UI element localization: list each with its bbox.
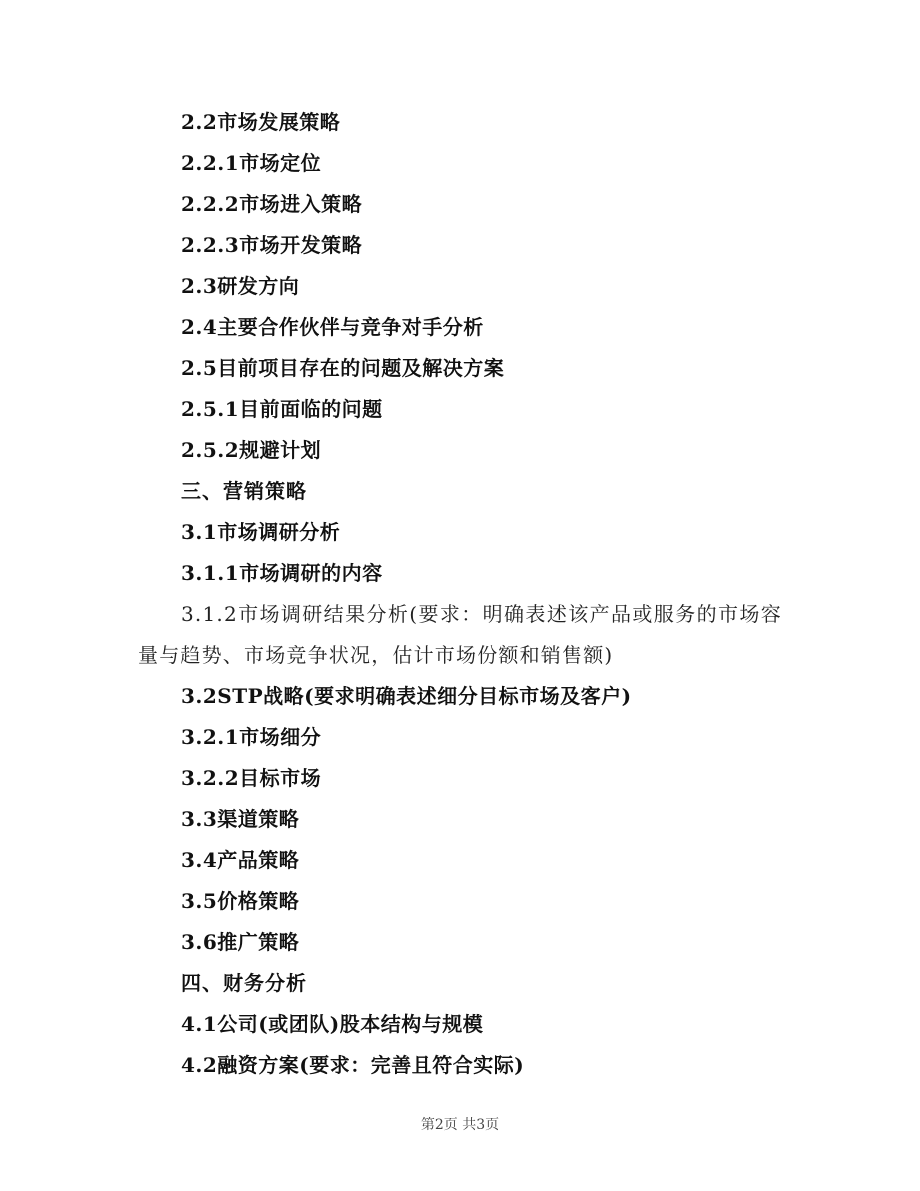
document-body: 2.2市场发展策略 2.2.1市场定位 2.2.2市场进入策略 2.2.3市场开… — [138, 102, 782, 1086]
heading-3-6: 3.6推广策略 — [138, 922, 782, 963]
heading-4-2: 4.2融资方案(要求：完善且符合实际) — [138, 1045, 782, 1086]
heading-2-2-1: 2.2.1市场定位 — [138, 143, 782, 184]
heading-3-2-1: 3.2.1市场细分 — [138, 717, 782, 758]
page-footer: 第2页 共3页 — [0, 1114, 920, 1134]
chapter-3-heading: 三、营销策略 — [138, 471, 782, 512]
page-number-label: 第2页 共3页 — [421, 1117, 499, 1133]
heading-4-1: 4.1公司(或团队)股本结构与规模 — [138, 1004, 782, 1045]
heading-2-5: 2.5目前项目存在的问题及解决方案 — [138, 348, 782, 389]
heading-3-1: 3.1市场调研分析 — [138, 512, 782, 553]
heading-2-3: 2.3研发方向 — [138, 266, 782, 307]
heading-3-2-2: 3.2.2目标市场 — [138, 758, 782, 799]
chapter-4-heading: 四、财务分析 — [138, 963, 782, 1004]
paragraph-3-1-2: 3.1.2市场调研结果分析(要求：明确表述该产品或服务的市场容量与趋势、市场竞争… — [138, 594, 782, 676]
heading-2-4: 2.4主要合作伙伴与竞争对手分析 — [138, 307, 782, 348]
heading-3-3: 3.3渠道策略 — [138, 799, 782, 840]
heading-2-2-2: 2.2.2市场进入策略 — [138, 184, 782, 225]
heading-3-4: 3.4产品策略 — [138, 840, 782, 881]
heading-2-5-2: 2.5.2规避计划 — [138, 430, 782, 471]
heading-3-5: 3.5价格策略 — [138, 881, 782, 922]
heading-3-2: 3.2STP战略(要求明确表述细分目标市场及客户) — [138, 676, 782, 717]
heading-2-2-3: 2.2.3市场开发策略 — [138, 225, 782, 266]
heading-2-2: 2.2市场发展策略 — [138, 102, 782, 143]
heading-2-5-1: 2.5.1目前面临的问题 — [138, 389, 782, 430]
heading-3-1-1: 3.1.1市场调研的内容 — [138, 553, 782, 594]
